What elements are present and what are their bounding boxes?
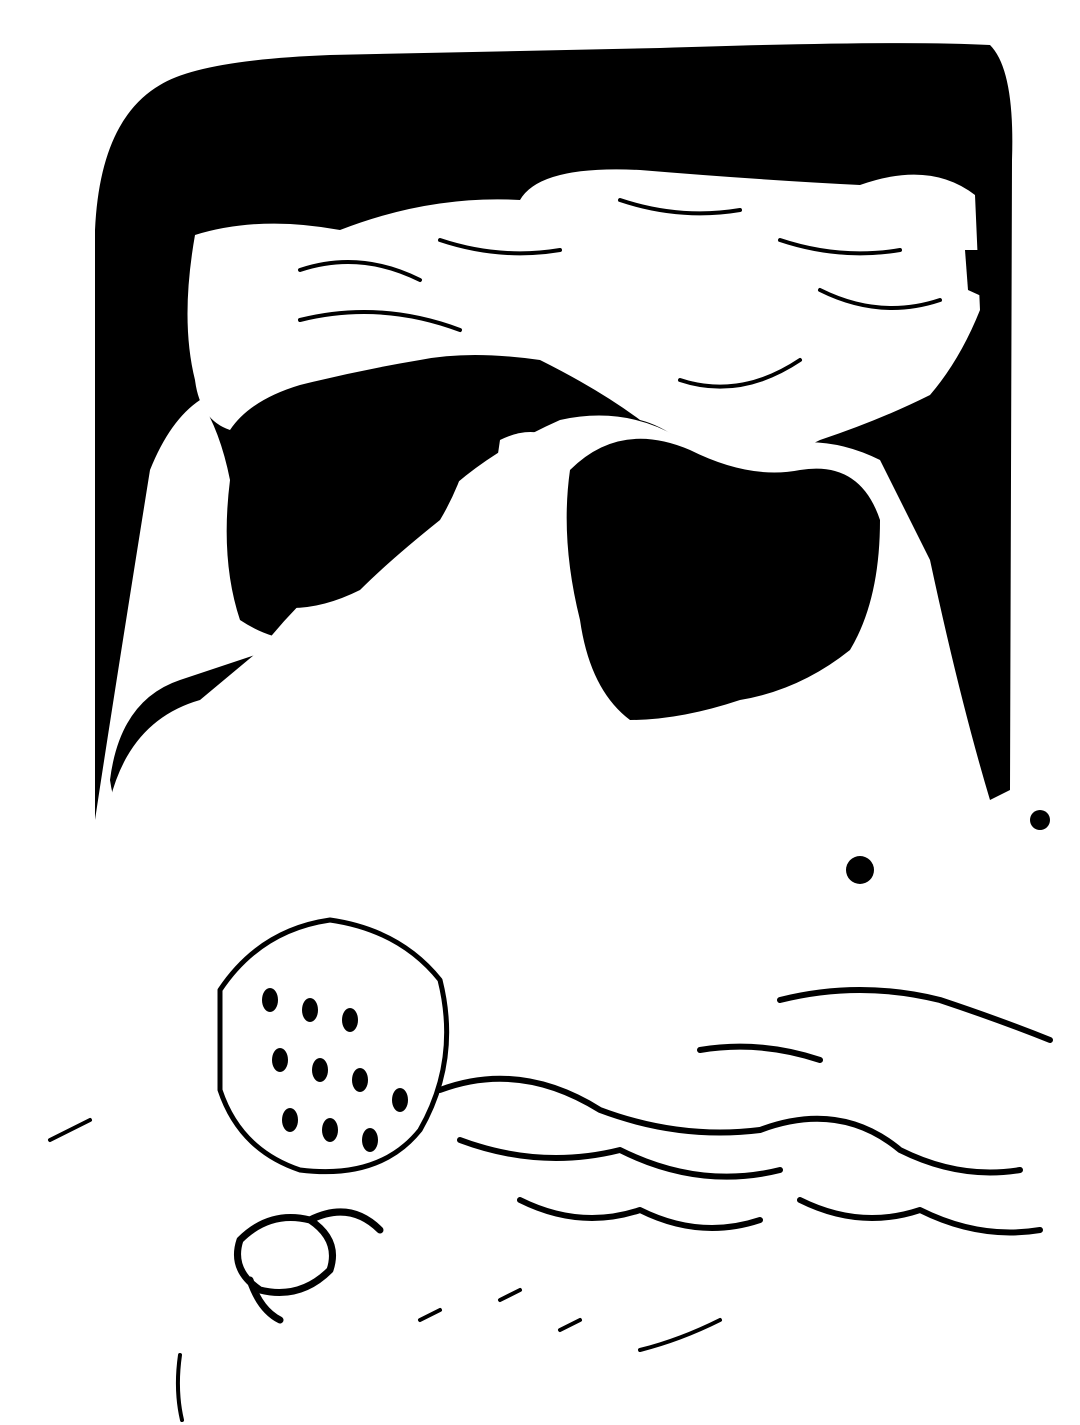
ink-drawing: [0, 0, 1080, 1425]
figure-head: [495, 432, 573, 592]
flower-sketch: [238, 1212, 381, 1320]
basket-dots: [262, 988, 408, 1152]
dark-mass-center: [567, 439, 880, 720]
ground-marks: [50, 1120, 720, 1420]
foliage: [440, 990, 1050, 1233]
